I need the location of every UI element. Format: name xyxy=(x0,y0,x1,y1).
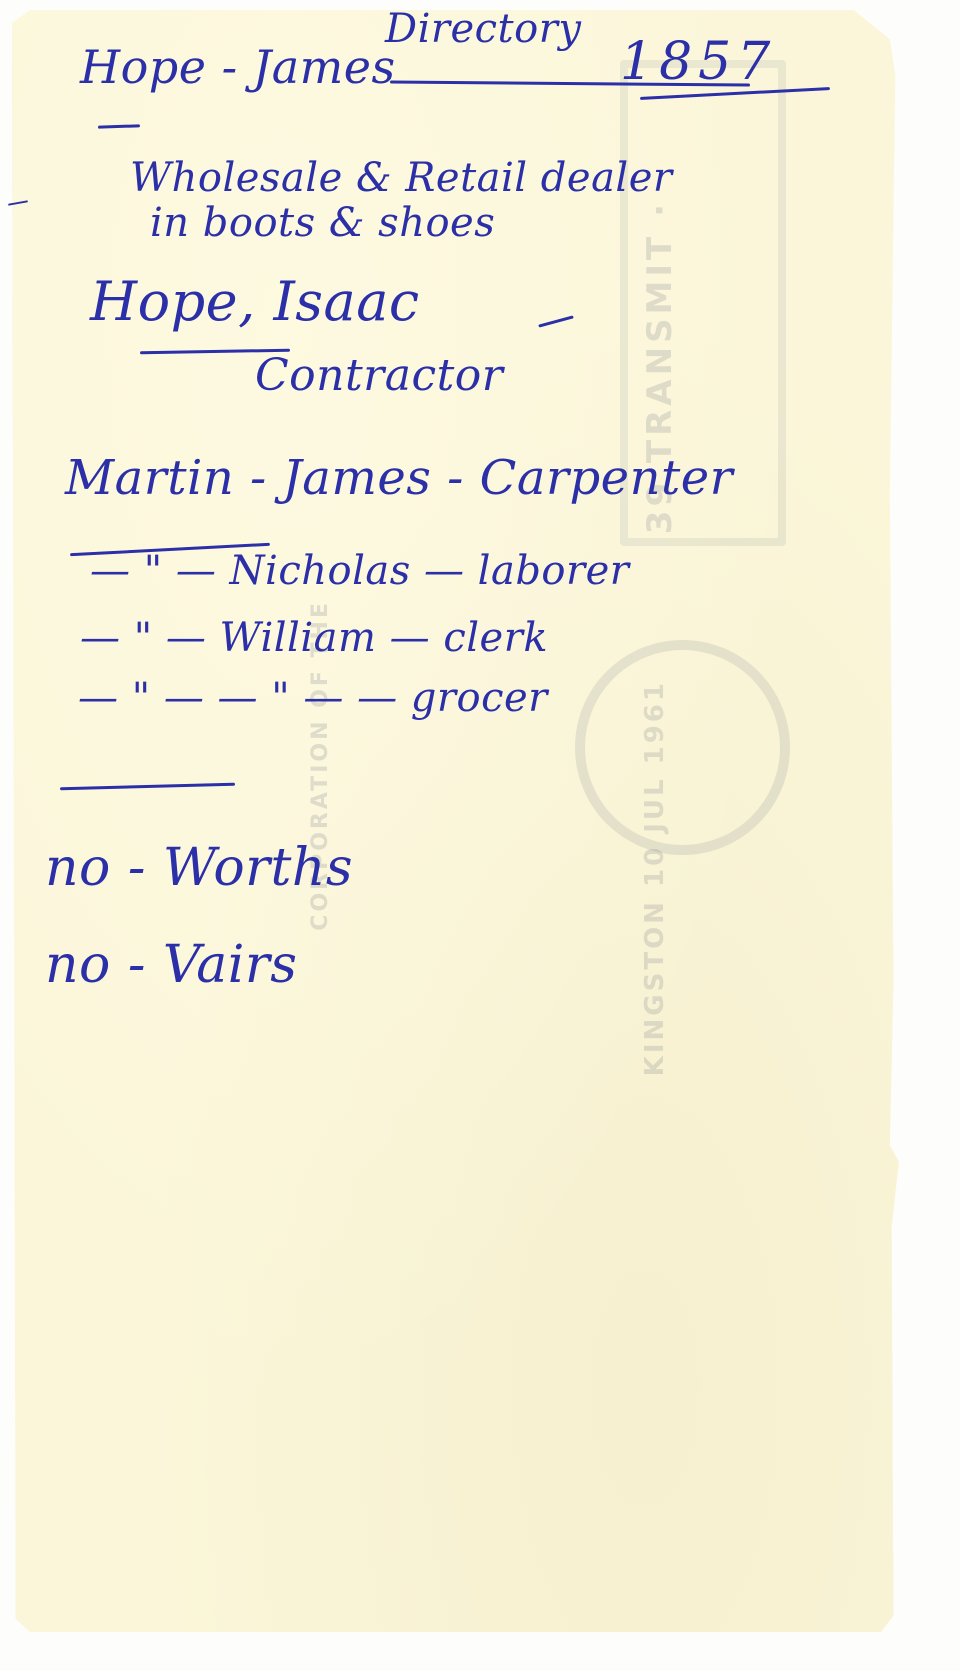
entry-hope-isaac-name: Hope, Isaac xyxy=(90,270,420,333)
hope-james-occupation-line-1: Wholesale & Retail dealer xyxy=(130,155,673,201)
hope-isaac-occupation: Contractor xyxy=(255,350,503,401)
hope-james-occupation-line-2: in boots & shoes xyxy=(150,200,495,246)
entry-hope-james-name: Hope - James xyxy=(80,40,396,94)
entry-martin-william: — " — William — clerk xyxy=(80,615,548,661)
envelope-paper xyxy=(12,10,917,1632)
note-no-vairs: no - Vairs xyxy=(45,935,297,995)
entry-martin-james: Martin - James - Carpenter xyxy=(65,450,733,506)
entry-martin-nicholas: — " — Nicholas — laborer xyxy=(90,548,629,594)
entry-martin-grocer: — " — — " — — grocer xyxy=(78,675,548,721)
note-no-worths: no - Worths xyxy=(45,838,353,898)
directory-label: Directory xyxy=(385,6,581,52)
